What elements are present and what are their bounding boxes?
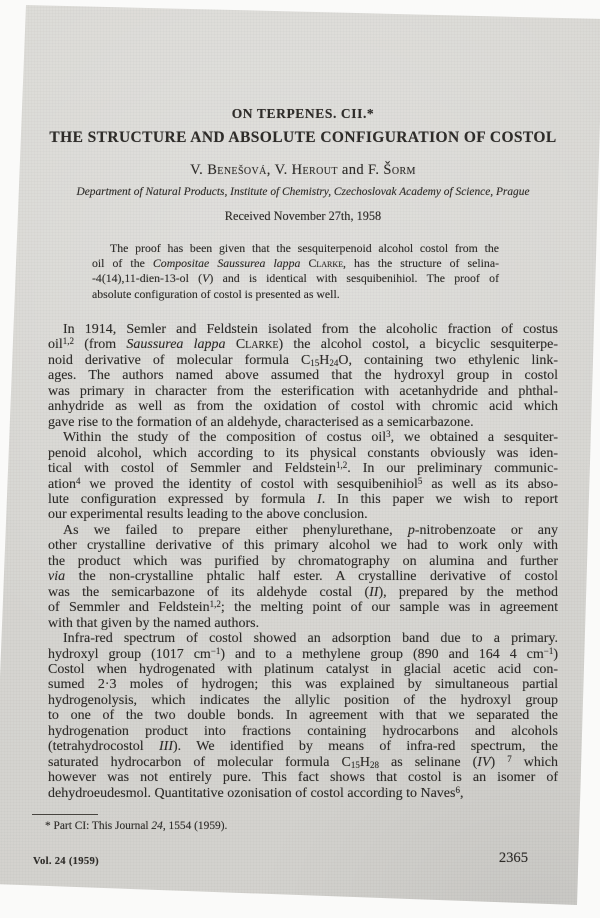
paragraph-1: In 1914, Semler and Feldstein isolated f… [48, 322, 558, 430]
text-line: ages. The authors named above assumed th… [48, 368, 558, 383]
text-line: saturated hydrocarbon of molecular formu… [48, 755, 558, 770]
article-title: THE STRUCTURE AND ABSOLUTE CONFIGURATION… [48, 129, 558, 147]
paragraph-4: Infra-red spectrum of costol showed an a… [48, 631, 558, 801]
article-body: In 1914, Semler and Feldstein isolated f… [48, 322, 558, 801]
footnote: * Part CI: This Journal 24, 1554 (1959). [45, 820, 465, 832]
received-date: Received November 27th, 1958 [48, 209, 558, 224]
text-line: other crystalline derivative of this pri… [48, 538, 558, 553]
affiliation: Department of Natural Products, Institut… [48, 186, 558, 198]
text-line: of Semmler and Feldstein1,2; the melting… [48, 600, 558, 615]
text-line: oil of the Compositae Saussurea lappa Cl… [92, 256, 499, 271]
text-line: (tetrahydrocostol III). We identified by… [48, 739, 558, 754]
text-line: sumed 2·3 moles of hydrogen; this was ex… [48, 677, 558, 692]
text-line: hydrogenolysis, which indicates the ally… [48, 693, 558, 708]
text-line: absolute configuration of costol is pres… [92, 287, 499, 302]
paragraph-2: Within the study of the composition of c… [48, 430, 558, 523]
text-line: The proof has been given that the sesqui… [92, 241, 499, 256]
scanned-document: ON TERPENES. CII.* THE STRUCTURE AND ABS… [0, 0, 600, 918]
footnote-rule [32, 814, 98, 815]
text-line: our experimental results leading to the … [48, 507, 558, 522]
article-series-title: ON TERPENES. CII.* [48, 106, 558, 122]
text-line: was the semicarbazone of its aldehyde co… [48, 585, 558, 600]
text-line: Infra-red spectrum of costol showed an a… [48, 631, 558, 646]
text-line: hydroxyl group (1017 cm−1) and to a meth… [48, 647, 558, 662]
text-line: the product which was purified by chroma… [48, 554, 558, 569]
abstract: The proof has been given that the sesqui… [92, 241, 499, 302]
text-line: via the non-crystalline phtalic half est… [48, 569, 558, 584]
text-line: dehydroeudesmol. Quantitative ozonisatio… [48, 786, 558, 801]
text-line: -4(14),11-dien-13-ol (V) and is identica… [92, 271, 499, 286]
text-line: to one of the two double bonds. In agree… [48, 708, 558, 723]
text-line: Costol when hydrogenated with platinum c… [48, 662, 558, 677]
paragraph-3: As we failed to prepare either phenylure… [48, 523, 558, 631]
volume-info: Vol. 24 (1959) [33, 856, 99, 867]
page-number: 2365 [448, 850, 528, 867]
text-line: noid derivative of molecular formula C15… [48, 353, 558, 368]
text-line: penoid alcohol, which according to its p… [48, 446, 558, 461]
text-line: anhydride as well as from the oxidation … [48, 399, 558, 414]
authors: V. Benešová, V. Herout and F. Šorm [48, 162, 558, 179]
text-line: was primary in character from the esteri… [48, 384, 558, 399]
text-line: gave rise to the formation of an aldehyd… [48, 415, 558, 430]
text-line: with that given by the named authors. [48, 616, 558, 631]
text-line: tical with costol of Semmler and Feldste… [48, 461, 558, 476]
text-line: As we failed to prepare either phenylure… [48, 523, 558, 538]
text-line: In 1914, Semler and Feldstein isolated f… [48, 322, 558, 337]
text-line: however was not entirely pure. This fact… [48, 770, 558, 785]
text-line: lute configuration expressed by formula … [48, 492, 558, 507]
text-line: Within the study of the composition of c… [48, 430, 558, 445]
text-line: oil1,2 (from Saussurea lappa Clarke) the… [48, 337, 558, 352]
text-line: ation4 we proved the identity of costol … [48, 477, 558, 492]
text-line: hydrogenation product into fractions con… [48, 724, 558, 739]
